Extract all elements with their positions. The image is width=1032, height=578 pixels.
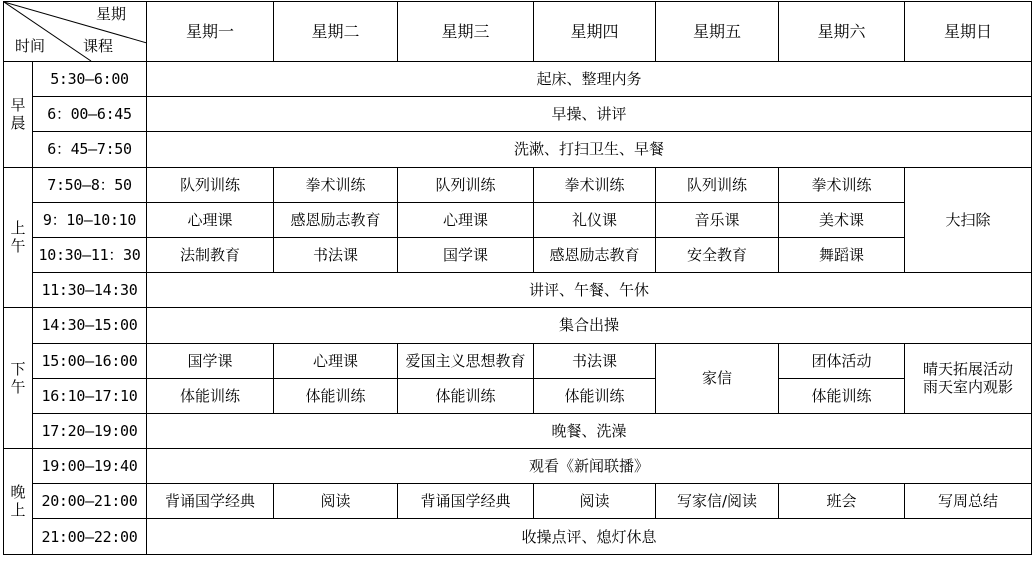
time-cell: 19:00—19:40 <box>33 449 147 484</box>
class-cell: 安全教育 <box>656 237 779 272</box>
period-char: 晚 <box>4 483 32 501</box>
table-row: 11:30—14:30 讲评、午餐、午休 <box>4 273 1032 308</box>
table-row: 16:10—17:10 体能训练 体能训练 体能训练 体能训练 体能训练 <box>4 378 1032 413</box>
class-cell: 国学课 <box>398 237 534 272</box>
class-cell: 心理课 <box>147 202 274 237</box>
class-cell: 体能训练 <box>779 378 905 413</box>
class-cell: 舞蹈课 <box>779 237 905 272</box>
class-cell: 拳术训练 <box>779 167 905 202</box>
activity-all-week: 起床、整理内务 <box>147 62 1032 97</box>
activity-all-week: 观看《新闻联播》 <box>147 449 1032 484</box>
class-cell: 阅读 <box>274 484 398 519</box>
class-cell: 体能训练 <box>147 378 274 413</box>
class-cell: 背诵国学经典 <box>398 484 534 519</box>
period-label-evening: 晚 上 <box>4 449 33 555</box>
period-char: 早 <box>4 96 32 114</box>
table-row: 晚 上 19:00—19:40 观看《新闻联播》 <box>4 449 1032 484</box>
period-label-forenoon: 上 午 <box>4 167 33 308</box>
class-cell: 写周总结 <box>905 484 1032 519</box>
corner-label-week: 星期 <box>96 5 126 23</box>
class-cell: 阅读 <box>534 484 656 519</box>
class-cell: 感恩励志教育 <box>534 237 656 272</box>
class-cell: 队列训练 <box>398 167 534 202</box>
activity-all-week: 集合出操 <box>147 308 1032 343</box>
table-row: 15:00—16:00 国学课 心理课 爱国主义思想教育 书法课 家信 团体活动… <box>4 343 1032 378</box>
table-row: 9：10—10:10 心理课 感恩励志教育 心理课 礼仪课 音乐课 美术课 <box>4 202 1032 237</box>
time-cell: 17:20—19:00 <box>33 413 147 448</box>
header-row: 星期 时间 课程 星期一 星期二 星期三 星期四 星期五 星期六 星期日 <box>4 2 1032 62</box>
class-cell: 感恩励志教育 <box>274 202 398 237</box>
table-row: 下 午 14:30—15:00 集合出操 <box>4 308 1032 343</box>
class-cell: 法制教育 <box>147 237 274 272</box>
period-label-afternoon: 下 午 <box>4 308 33 449</box>
table-row: 10:30—11：30 法制教育 书法课 国学课 感恩励志教育 安全教育 舞蹈课 <box>4 237 1032 272</box>
time-cell: 5:30—6:00 <box>33 62 147 97</box>
time-cell: 21:00—22:00 <box>33 519 147 554</box>
day-header-saturday: 星期六 <box>779 2 905 62</box>
activity-all-week: 收操点评、熄灯休息 <box>147 519 1032 554</box>
class-cell: 拳术训练 <box>274 167 398 202</box>
period-char: 下 <box>4 360 32 378</box>
time-cell: 20:00—21:00 <box>33 484 147 519</box>
class-cell: 音乐课 <box>656 202 779 237</box>
day-header-wednesday: 星期三 <box>398 2 534 62</box>
sunday-sunny-activity: 晴天拓展活动 <box>905 360 1031 378</box>
time-cell: 15:00—16:00 <box>33 343 147 378</box>
class-cell: 国学课 <box>147 343 274 378</box>
day-header-monday: 星期一 <box>147 2 274 62</box>
corner-header-cell: 星期 时间 课程 <box>4 2 147 62</box>
period-char: 午 <box>4 237 32 255</box>
table-row: 6：00—6:45 早操、讲评 <box>4 97 1032 132</box>
sunday-cleaning-cell: 大扫除 <box>905 167 1032 273</box>
class-cell: 体能训练 <box>398 378 534 413</box>
class-cell: 爱国主义思想教育 <box>398 343 534 378</box>
activity-all-week: 洗漱、打扫卫生、早餐 <box>147 132 1032 167</box>
sunday-afternoon-cell: 晴天拓展活动 雨天室内观影 <box>905 343 1032 413</box>
day-header-sunday: 星期日 <box>905 2 1032 62</box>
time-cell: 9：10—10:10 <box>33 202 147 237</box>
day-header-tuesday: 星期二 <box>274 2 398 62</box>
period-char: 上 <box>4 501 32 519</box>
time-cell: 14:30—15:00 <box>33 308 147 343</box>
class-cell: 心理课 <box>274 343 398 378</box>
class-cell: 写家信/阅读 <box>656 484 779 519</box>
table-row: 17:20—19:00 晚餐、洗澡 <box>4 413 1032 448</box>
time-cell: 7:50—8：50 <box>33 167 147 202</box>
class-cell: 班会 <box>779 484 905 519</box>
day-header-friday: 星期五 <box>656 2 779 62</box>
table-row: 上 午 7:50—8：50 队列训练 拳术训练 队列训练 拳术训练 队列训练 拳… <box>4 167 1032 202</box>
class-cell: 心理课 <box>398 202 534 237</box>
class-cell: 体能训练 <box>274 378 398 413</box>
class-cell: 书法课 <box>534 343 656 378</box>
sunday-rainy-activity: 雨天室内观影 <box>905 378 1031 396</box>
period-label-early-morning: 早 晨 <box>4 62 33 168</box>
class-cell: 队列训练 <box>656 167 779 202</box>
time-cell: 10:30—11：30 <box>33 237 147 272</box>
class-cell: 拳术训练 <box>534 167 656 202</box>
period-char: 晨 <box>4 114 32 132</box>
class-cell: 团体活动 <box>779 343 905 378</box>
table-row: 21:00—22:00 收操点评、熄灯休息 <box>4 519 1032 554</box>
table-row: 早 晨 5:30—6:00 起床、整理内务 <box>4 62 1032 97</box>
class-cell: 背诵国学经典 <box>147 484 274 519</box>
time-cell: 6：00—6:45 <box>33 97 147 132</box>
activity-all-week: 晚餐、洗澡 <box>147 413 1032 448</box>
day-header-thursday: 星期四 <box>534 2 656 62</box>
period-char: 午 <box>4 378 32 396</box>
activity-all-week: 讲评、午餐、午休 <box>147 273 1032 308</box>
time-cell: 16:10—17:10 <box>33 378 147 413</box>
time-cell: 6：45—7:50 <box>33 132 147 167</box>
class-cell: 队列训练 <box>147 167 274 202</box>
class-cell: 美术课 <box>779 202 905 237</box>
table-row: 20:00—21:00 背诵国学经典 阅读 背诵国学经典 阅读 写家信/阅读 班… <box>4 484 1032 519</box>
friday-letter-cell: 家信 <box>656 343 779 413</box>
period-char: 上 <box>4 219 32 237</box>
activity-all-week: 早操、讲评 <box>147 97 1032 132</box>
corner-label-course: 课程 <box>83 37 113 55</box>
class-cell: 书法课 <box>274 237 398 272</box>
corner-label-time: 时间 <box>15 37 45 55</box>
class-cell: 礼仪课 <box>534 202 656 237</box>
weekly-schedule-table: 星期 时间 课程 星期一 星期二 星期三 星期四 星期五 星期六 星期日 早 晨… <box>3 1 1032 555</box>
time-cell: 11:30—14:30 <box>33 273 147 308</box>
class-cell: 体能训练 <box>534 378 656 413</box>
table-row: 6：45—7:50 洗漱、打扫卫生、早餐 <box>4 132 1032 167</box>
